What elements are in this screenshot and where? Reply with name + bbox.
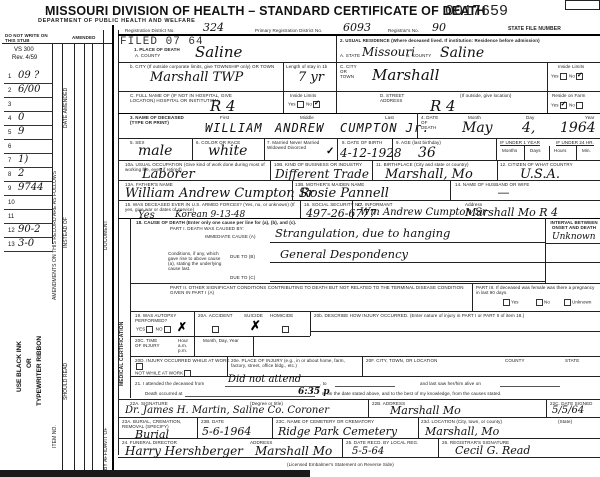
- stub-row: 40: [4, 112, 52, 126]
- death-statement: m on the date stated above, and to the b…: [322, 391, 502, 396]
- stub-instead-of: INSTEAD OF: [64, 217, 69, 248]
- business: Different Trade: [275, 167, 369, 181]
- primary-registration: 6093: [343, 21, 371, 34]
- stub-amendments-text: AMENDMENTS ON THIS RECORD ARE AS FOLLOWS: [53, 171, 58, 300]
- under-1-year-label: IF UNDER 1 YEAR: [500, 140, 540, 145]
- stub-row-number: 2: [8, 88, 11, 94]
- mother-name: Rosie Pannell: [300, 186, 389, 201]
- due-to-b-label: DUE TO (b): [230, 254, 255, 259]
- stub-row-value: 90-2: [18, 224, 40, 235]
- residence-inside-limits-label: Inside Limits: [558, 64, 584, 69]
- immediate-cause: Strangulation, due to hanging: [275, 226, 450, 240]
- stub-row-number: 12: [8, 228, 15, 234]
- burial-location-label: 23d. LOCATION (City, town, or county): [421, 419, 502, 424]
- pregnancy-unknown[interactable]: Unknown: [563, 299, 591, 306]
- spouse-label: 14. NAME OF HUSBAND OR WIFE: [455, 182, 529, 187]
- death-county-label: a. COUNTY: [135, 53, 160, 58]
- attended-prefix: 21. I attended the deceased from: [135, 381, 204, 386]
- hours-label: Hours: [554, 148, 567, 153]
- pregnancy-yes-label: Yes: [511, 300, 519, 305]
- stub-document: DOCUMENT: [104, 220, 109, 250]
- scan-edge: [0, 470, 310, 477]
- farm-yes-checkbox[interactable]: ✓: [560, 102, 567, 109]
- first-name-label: First: [220, 115, 229, 120]
- place-of-injury-label: 20e. PLACE OF INJURY (e.g., in or about …: [231, 358, 361, 368]
- first-name: WILLIAM: [205, 121, 263, 135]
- interval-label: INTERVAL BETWEEN ONSET AND DEATH: [550, 220, 598, 230]
- stub-row: 99744: [4, 182, 52, 196]
- stub-row-number: 8: [8, 172, 11, 178]
- street-note: (If outside, give location): [460, 93, 511, 98]
- cemetery: Ridge Park Cemetery: [278, 425, 397, 438]
- medical-certification-label: MEDICAL CERTIFICATION: [120, 322, 125, 386]
- attended-period: Did not attend: [228, 374, 301, 385]
- stub-row: 59: [4, 126, 52, 140]
- residence-city-label: c. CITY OR TOWN: [340, 64, 360, 79]
- pregnancy-no-label: No: [544, 300, 550, 305]
- stub-row-value: 6/00: [18, 84, 40, 95]
- ink-note-line1: USE BLACK INK: [16, 341, 23, 392]
- stub-row: 3: [4, 98, 52, 112]
- spouse-name: —: [498, 187, 509, 199]
- stub-row-number: 13: [8, 242, 15, 248]
- dod-year: 1964: [560, 120, 596, 136]
- burial-state-label: (State): [558, 419, 572, 424]
- burial-date-label: 23b. DATE: [201, 419, 224, 424]
- homicide-label: HOMICIDE: [270, 313, 293, 318]
- residence-county-label: b. COUNTY: [406, 53, 431, 58]
- middle-name-label: Middle: [300, 115, 314, 120]
- deceased-name-label: 3. NAME OF DECEASED (Type or print): [130, 115, 185, 125]
- residence-inside-no-checkbox[interactable]: ✓: [576, 73, 583, 80]
- pregnancy-unknown-label: Unknown: [572, 300, 591, 305]
- describe-injury-label: 20b. DESCRIBE HOW INJURY OCCURRED. (Ente…: [314, 313, 599, 318]
- stub-row: 1290-2: [4, 224, 52, 238]
- pregnancy-no-checkbox[interactable]: [536, 299, 543, 306]
- autopsy-no-mark: ✗: [177, 320, 187, 334]
- race: white: [208, 143, 247, 159]
- state-file-label: STATE FILE NUMBER: [508, 27, 561, 32]
- document-title: MISSOURI DIVISION OF HEALTH – STANDARD C…: [45, 4, 486, 18]
- stub-item-no: ITEM NO.: [53, 425, 58, 448]
- months-label: Months: [502, 148, 517, 153]
- department-name: DEPARTMENT OF PUBLIC HEALTH AND WELFARE: [38, 19, 195, 24]
- date-received: 5-5-64: [352, 446, 384, 457]
- dod-month: May: [462, 120, 493, 136]
- stub-row-number: 3: [8, 102, 11, 108]
- stub-row: 26/00: [4, 84, 52, 98]
- embalmer-note: (Licensed Embalmer's Statement on Revers…: [287, 462, 394, 467]
- death-inside-limits-options: Yes No✓: [288, 101, 321, 108]
- pregnancy-yes[interactable]: Yes: [502, 299, 519, 306]
- stub-should-read: SHOULD READ: [64, 363, 69, 400]
- stub-row: 11: [4, 210, 52, 224]
- mdy-label: Month, Day, Year: [203, 338, 239, 343]
- stub-revision: Rev. 4/59: [12, 55, 37, 61]
- stub-row: 82: [4, 168, 52, 182]
- place-of-death-label: 1. PLACE OF DEATH: [134, 47, 180, 52]
- pregnancy-yes-checkbox[interactable]: [503, 299, 510, 306]
- at-work-label: 20d. INJURY OCCURRED WHILE AT WORKNOT WH…: [135, 358, 230, 377]
- last-saw-alive: and last saw her/him alive on: [420, 381, 481, 386]
- injury-city-label: 20f. CITY, TOWN, OR LOCATION: [366, 358, 437, 363]
- registration-district-label: Registration District No.: [125, 28, 175, 33]
- stub-row-number: 11: [8, 214, 14, 220]
- death-city: Marshall TWP: [150, 70, 243, 85]
- not-at-work-text: NOT WHILE AT WORK: [135, 371, 183, 376]
- stub-row-value: 09 ?: [18, 70, 39, 81]
- stub-row-number: 6: [8, 144, 11, 150]
- stub-form-id: VS 300: [14, 47, 34, 53]
- at-work-checkbox[interactable]: [136, 363, 143, 370]
- stub-row-number: 4: [8, 116, 11, 122]
- under-24-hr-label: IF UNDER 24 HR.: [556, 140, 594, 145]
- immediate-cause-label: IMMEDIATE CAUSE (a): [205, 234, 256, 239]
- cause-of-death-label: 18. CAUSE OF DEATH (Enter only one cause…: [136, 220, 296, 225]
- date-of-death-label: 4. DATE OF DEATH: [421, 115, 443, 130]
- ink-note-line3: TYPEWRITER RIBBON: [36, 336, 43, 406]
- stub-do-not-write: DO NOT WRITE ON THIS STUB: [5, 33, 50, 43]
- interval: Unknown: [552, 232, 596, 242]
- stub-row-value: 1): [18, 154, 28, 165]
- certificate-number: 0017659: [445, 3, 508, 20]
- part3-label: PART III. If deceased was female was the…: [476, 285, 598, 295]
- funeral-director-address: Marshall Mo: [255, 444, 332, 458]
- farm-label: Reside on Farm: [552, 93, 585, 98]
- due-to-c-label: DUE TO (c): [230, 275, 255, 280]
- middle-name: ANDREW: [275, 121, 324, 135]
- days-label: Days: [530, 148, 541, 153]
- date-received-label: 25. DATE RECD. BY LOCAL REG.: [346, 440, 419, 445]
- stub-row-value: 9744: [18, 182, 43, 193]
- stub-row-value: 2: [18, 168, 24, 179]
- date-signed: 5/5/64: [552, 405, 584, 416]
- residence-city: Marshall: [372, 66, 439, 84]
- registrar-signature: Cecil G. Read: [455, 444, 530, 457]
- registration-district: 324: [203, 21, 224, 34]
- stub-row-number: 9: [8, 186, 11, 192]
- min-label: Min.: [582, 148, 591, 153]
- residence-inside-limits-options: Yes No✓: [551, 73, 584, 80]
- street-label: d. STREET ADDRESS: [380, 93, 410, 103]
- death-county: Saline: [195, 43, 242, 61]
- dod-day: 4,: [522, 120, 535, 136]
- injury-county-label: COUNTY: [505, 358, 525, 363]
- ink-note-line2: OR: [26, 358, 33, 368]
- residence-county: Saline: [440, 45, 484, 61]
- burial-location: Marshall, Mo: [425, 425, 499, 438]
- father-name: William Andrew Cumpton Sr: [125, 186, 314, 201]
- state-file-box: [565, 0, 600, 10]
- stub-row: 10: [4, 196, 52, 210]
- part2-label: PART II. OTHER SIGNIFICANT CONDITIONS CO…: [170, 285, 470, 295]
- farm-options: Yes✓ No: [551, 102, 584, 109]
- stub-row-number: 7: [8, 158, 11, 164]
- autopsy-options: YES NO: [136, 326, 172, 333]
- autopsy-yes-checkbox[interactable]: [146, 326, 153, 333]
- stay-label: Length of stay in 1b: [286, 64, 327, 69]
- age: 36: [418, 145, 436, 161]
- injury-state-label: STATE: [565, 358, 579, 363]
- death-city-label: b. CITY (If outside corporate limits, gi…: [130, 64, 290, 69]
- farm-no-checkbox[interactable]: [576, 102, 583, 109]
- residence-inside-yes-checkbox[interactable]: [560, 73, 567, 80]
- death-inside-yes-checkbox[interactable]: [297, 101, 304, 108]
- accident-label: 20a. ACCIDENT: [198, 313, 233, 318]
- sex: male: [138, 143, 172, 159]
- dob-label: 8. DATE OF BIRTH: [342, 140, 382, 145]
- autopsy-no-label: NO: [156, 327, 163, 332]
- autopsy-yes-label: YES: [136, 327, 145, 332]
- attended-to: , to: [320, 381, 327, 386]
- stub-row-value: 3-0: [18, 238, 34, 249]
- last-name-label: Last: [385, 115, 394, 120]
- certifier-address: Marshall Mo: [390, 404, 461, 417]
- pregnancy-no[interactable]: No: [535, 299, 550, 306]
- stub-date-amended: DATE AMENDED: [64, 88, 69, 128]
- at-work-text: 20d. INJURY OCCURRED WHILE AT WORK: [135, 358, 230, 363]
- stub-row-value: 9: [18, 126, 24, 137]
- death-inside-no-checkbox[interactable]: ✓: [313, 101, 320, 108]
- stub-row: 133-0: [4, 238, 52, 252]
- funeral-director: Harry Hershberger: [125, 444, 243, 458]
- stub-row-number: 5: [8, 130, 11, 136]
- marital-divorced-check[interactable]: ✓: [326, 146, 334, 157]
- registrars-no-label: Registrar's No.: [388, 28, 419, 33]
- burial-date: 5-6-1964: [202, 425, 251, 438]
- stub-row-list: 109 ?26/0034059671)829974410111290-2133-…: [4, 70, 52, 252]
- stub-row-number: 10: [8, 200, 15, 206]
- time-of-injury-label: 20c. TIME OF INJURY: [135, 338, 165, 348]
- primary-registration-label: Primary Registration District No.: [255, 28, 322, 33]
- part1-label: PART I. DEATH WAS CAUSED BY:: [170, 226, 244, 231]
- conditions-note: Conditions, if any, which gave rise to a…: [168, 251, 223, 271]
- usual-residence-label: 2. USUAL RESIDENCE (Where deceased lived…: [340, 38, 595, 43]
- cemetery-label: 23c. NAME OF CEMETERY OR CREMATORY: [276, 419, 374, 424]
- hour-label: Hour a.m. p.m.: [178, 338, 192, 353]
- stub-row-number: 1: [8, 74, 11, 80]
- stub-by-affidavit: BY AFFIDAVIT OF: [104, 427, 109, 470]
- stub-row: 109 ?: [4, 70, 52, 84]
- stub-row: 6: [4, 140, 52, 154]
- stub-row-value: 0: [18, 112, 24, 123]
- registrars-no: 90: [432, 21, 446, 34]
- certifier-signature: Dr. James H. Martin, Saline Co. Coroner: [125, 405, 329, 416]
- death-occurred-label: Death occurred at: [145, 391, 182, 396]
- death-inside-limits-label: Inside Limits: [290, 93, 316, 98]
- length-of-stay: 7 yr: [298, 70, 324, 85]
- suicide-checkbox[interactable]: ✗: [250, 318, 261, 334]
- due-to-b: General Despondency: [280, 247, 408, 261]
- stub-row: 71): [4, 154, 52, 168]
- autopsy-no-checkbox[interactable]: [164, 326, 171, 333]
- residence-state-label: a. STATE: [340, 53, 360, 58]
- pregnancy-unknown-checkbox[interactable]: [564, 299, 571, 306]
- stub-amended: AMENDED: [72, 35, 95, 40]
